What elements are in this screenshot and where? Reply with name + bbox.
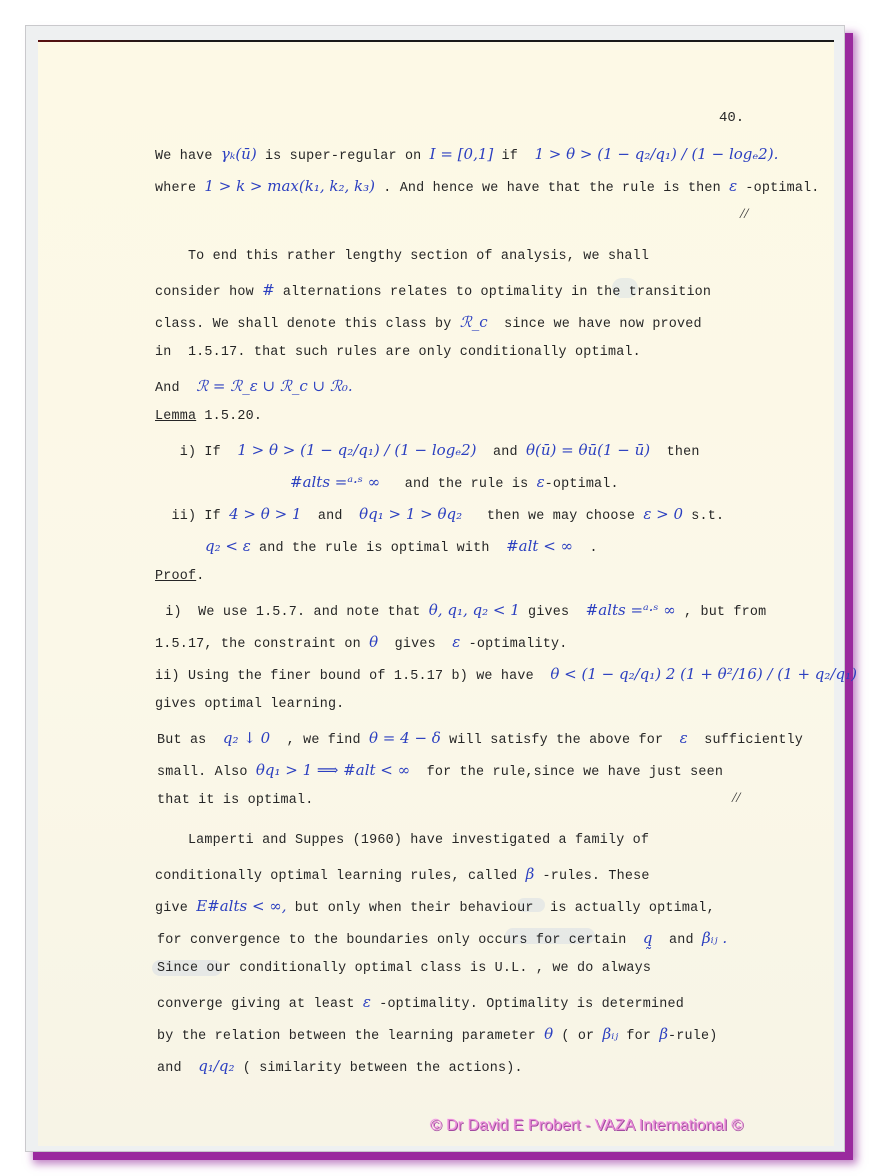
typed-text: and the rule is optimal with <box>251 541 506 556</box>
handwritten-math: 1 > θ > (1 − q₂/q₁) / (1 − logₑ2) <box>237 441 476 459</box>
typed-text: is super-regular on <box>257 149 430 164</box>
text-line: where 1 > k > max(k₁, k₂, k₃) . And henc… <box>155 177 820 196</box>
typed-text: and <box>653 933 702 948</box>
typed-text: . <box>196 569 204 584</box>
typed-text: 1.5.17, the constraint on <box>155 637 369 652</box>
handwritten-math: ε <box>680 729 688 747</box>
text-line: Lemma 1.5.20. <box>155 409 262 424</box>
copyright-watermark: © Dr David E Probert - VAZA Internationa… <box>430 1117 743 1135</box>
typed-text: -optimality. Optimality is determined <box>371 997 684 1012</box>
text-line: and q₁/q₂ ( similarity between the actio… <box>157 1057 523 1076</box>
handwritten-math: ε <box>363 993 371 1011</box>
handwritten-math: ℛ_c <box>460 313 488 331</box>
text-line: conditionally optimal learning rules, ca… <box>155 865 650 884</box>
handwritten-math: 𝛾ₖ(ū) <box>221 145 257 163</box>
handwritten-math: β <box>659 1025 668 1043</box>
typed-text: converge giving at least <box>157 997 363 1012</box>
typed-text: and <box>301 509 359 524</box>
typed-text: give <box>155 901 196 916</box>
typed-text: in 1.5.17. that such rules are only cond… <box>155 345 641 360</box>
typed-text: Since our conditionally optimal class is… <box>157 961 651 976</box>
typed-text: Lamperti and Suppes (1960) have investig… <box>155 833 649 848</box>
typed-text: But as <box>157 733 223 748</box>
typed-text: by the relation between the learning par… <box>157 1029 544 1044</box>
typed-text: alternations relates to optimality in th… <box>275 285 712 300</box>
underlined-heading: Proof <box>155 569 196 584</box>
typed-text: i) We use 1.5.7. and note that <box>157 605 429 620</box>
text-line: #alts =ᵃ·ˢ ∞ and the rule is ε-optimal. <box>290 473 619 492</box>
typed-text: for <box>618 1029 659 1044</box>
typed-text: -rule) <box>668 1029 717 1044</box>
text-line: ii) Using the finer bound of 1.5.17 b) w… <box>155 665 857 684</box>
handwritten-math: q₂ ↓ 0 <box>223 729 270 747</box>
handwritten-math: #alt < ∞ <box>506 537 573 555</box>
text-line: Since our conditionally optimal class is… <box>157 961 651 976</box>
text-line: i) If 1 > θ > (1 − q₂/q₁) / (1 − logₑ2) … <box>155 441 700 460</box>
text-line: class. We shall denote this class by ℛ_c… <box>155 313 702 332</box>
text-line: gives optimal learning. <box>155 697 344 712</box>
handwritten-math: 1 > k > max(k₁, k₂, k₃) <box>204 177 375 195</box>
handwritten-math: ε <box>729 177 737 195</box>
typed-text: conditionally optimal learning rules, ca… <box>155 869 526 884</box>
handwritten-math: # <box>262 281 275 299</box>
typed-text: And <box>155 381 196 396</box>
typed-text: for convergence to the boundaries only o… <box>157 933 643 948</box>
handwritten-math: θq₁ > 1 ⟹ #alt < ∞ <box>256 761 410 779</box>
typed-text: consider how <box>155 285 262 300</box>
handwritten-math: θ <box>369 633 378 651</box>
handwritten-math: 1 > θ > (1 − q₂/q₁) / (1 − logₑ2). <box>534 145 778 163</box>
typed-text: and <box>157 1061 198 1076</box>
typed-text: ii) Using the finer bound of 1.5.17 b) w… <box>155 669 550 684</box>
typed-text: then we may choose <box>462 509 643 524</box>
typed-text: that it is optimal. <box>157 793 313 808</box>
handwritten-math: β <box>526 865 535 883</box>
handwritten-math: θ, q₁, q₂ < 1 <box>429 601 520 619</box>
typed-text: but only when their behaviour is actuall… <box>287 901 715 916</box>
handwritten-math: q₂ < ε <box>205 537 251 555</box>
handwritten-math: E#alts < ∞, <box>196 897 286 915</box>
typed-text: . And hence we have that the rule is the… <box>375 181 729 196</box>
typed-text: and <box>477 445 526 460</box>
typed-text: ii) If <box>155 509 229 524</box>
handwritten-math: 4 > θ > 1 <box>229 505 301 523</box>
typed-text: -optimality. <box>460 637 567 652</box>
handwritten-math: ℛ = ℛ_ε ∪ ℛ_c ∪ ℛ₀. <box>196 377 352 395</box>
handwritten-math: θ = 4 − δ <box>369 729 441 747</box>
typed-text: -optimal. <box>737 181 819 196</box>
handwritten-math: q₁/q₂ <box>198 1057 234 1075</box>
handwritten-math: I = [0,1] <box>430 145 494 163</box>
typewritten-page <box>38 40 834 1146</box>
qed-mark: // <box>740 206 748 223</box>
typed-text: -optimal. <box>545 477 619 492</box>
handwritten-math: ε > 0 <box>643 505 683 523</box>
text-line: consider how # alternations relates to o… <box>155 281 711 300</box>
handwritten-math: θ < (1 − q₂/q₁) 2 (1 + θ²/16) / (1 + q₂/… <box>550 665 857 683</box>
text-line: in 1.5.17. that such rules are only cond… <box>155 345 641 360</box>
typed-text: . <box>573 541 598 556</box>
handwritten-math: #alts =ᵃ·ˢ ∞ <box>290 473 380 491</box>
text-line: ii) If 4 > θ > 1 and θq₁ > 1 > θq₂ then … <box>155 505 724 524</box>
handwritten-math: θq₁ > 1 > θq₂ <box>359 505 462 523</box>
text-line: But as q₂ ↓ 0 , we find θ = 4 − δ will s… <box>157 729 803 748</box>
typed-text: i) If <box>155 445 237 460</box>
text-line: give E#alts < ∞, but only when their beh… <box>155 897 715 916</box>
text-line: that it is optimal. <box>157 793 313 808</box>
typed-text: ( similarity between the actions). <box>234 1061 522 1076</box>
handwritten-math: βᵢⱼ . <box>702 929 727 947</box>
typed-text: gives <box>520 605 586 620</box>
handwritten-math: ε <box>537 473 545 491</box>
typed-text: gives optimal learning. <box>155 697 344 712</box>
page-number: 40. <box>719 110 744 126</box>
handwritten-math: θ <box>544 1025 553 1043</box>
text-line: small. Also θq₁ > 1 ⟹ #alt < ∞ for the r… <box>157 761 723 780</box>
text-line: for convergence to the boundaries only o… <box>157 929 727 948</box>
typed-text: -rules. These <box>534 869 649 884</box>
text-line: Lamperti and Suppes (1960) have investig… <box>155 833 649 848</box>
text-line: And ℛ = ℛ_ε ∪ ℛ_c ∪ ℛ₀. <box>155 377 353 396</box>
typed-text: To end this rather lengthy section of an… <box>155 249 649 264</box>
typed-text: sufficiently <box>688 733 803 748</box>
typed-text: for the rule,since we have just seen <box>410 765 723 780</box>
typed-text: since we have now proved <box>488 317 702 332</box>
typed-text: 1.5.20. <box>196 409 262 424</box>
text-line: 1.5.17, the constraint on θ gives ε -opt… <box>155 633 567 652</box>
typed-text: will satisfy the above for <box>441 733 680 748</box>
text-line: To end this rather lengthy section of an… <box>155 249 649 264</box>
underlined-heading: Lemma <box>155 409 196 424</box>
typed-text: if <box>493 149 534 164</box>
typed-text: and the rule is <box>380 477 536 492</box>
handwritten-math: θ(ū) = θū(1 − ū) <box>526 441 650 459</box>
typed-text: gives <box>378 637 452 652</box>
qed-mark: // <box>732 790 740 807</box>
typed-text: then <box>650 445 699 460</box>
typed-text: We have <box>155 149 221 164</box>
typed-text: where <box>155 181 204 196</box>
text-line: converge giving at least ε -optimality. … <box>157 993 684 1012</box>
text-line: q₂ < ε and the rule is optimal with #alt… <box>205 537 598 556</box>
handwritten-math: q̰ <box>643 929 653 947</box>
typed-text: , we find <box>270 733 369 748</box>
text-line: by the relation between the learning par… <box>157 1025 717 1044</box>
handwritten-math: βᵢⱼ <box>603 1025 619 1043</box>
typed-text: s.t. <box>683 509 724 524</box>
typed-text: , but from <box>676 605 767 620</box>
typed-text: ( or <box>553 1029 602 1044</box>
typed-text: class. We shall denote this class by <box>155 317 460 332</box>
handwritten-math: #alts =ᵃ·ˢ ∞ <box>586 601 676 619</box>
typed-text: small. Also <box>157 765 256 780</box>
text-line: We have 𝛾ₖ(ū) is super-regular on I = [0… <box>155 145 778 164</box>
text-line: Proof. <box>155 569 204 584</box>
text-line: i) We use 1.5.7. and note that θ, q₁, q₂… <box>157 601 766 620</box>
